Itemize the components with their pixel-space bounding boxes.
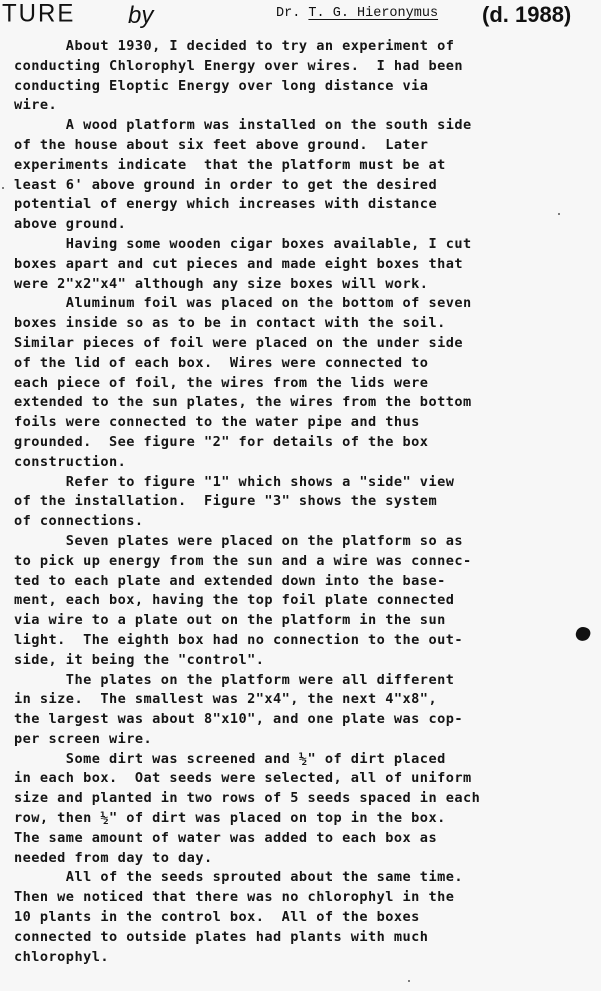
document-line: conducting Eloptic Energy over long dist… <box>14 77 594 97</box>
handwritten-death-note: (d. 1988) <box>482 2 571 28</box>
document-line: per screen wire. <box>14 730 594 750</box>
document-line: experiments indicate that the platform m… <box>14 156 594 176</box>
document-line: Aluminum foil was placed on the bottom o… <box>14 294 594 314</box>
document-line: light. The eighth box had no connection … <box>14 631 594 651</box>
document-line: needed from day to day. <box>14 849 594 869</box>
document-line: size and planted in two rows of 5 seeds … <box>14 789 594 809</box>
document-line: in each box. Oat seeds were selected, al… <box>14 769 594 789</box>
document-line: of the installation. Figure "3" shows th… <box>14 492 594 512</box>
document-line: chlorophyl. <box>14 948 594 968</box>
document-line: ment, each box, having the top foil plat… <box>14 591 594 611</box>
document-line: About 1930, I decided to try an experime… <box>14 37 594 57</box>
scan-speck <box>2 187 4 189</box>
document-line: 10 plants in the control box. All of the… <box>14 908 594 928</box>
handwritten-title-fragment: TURE <box>2 0 75 29</box>
document-line: each piece of foil, the wires from the l… <box>14 374 594 394</box>
document-line: ted to each plate and extended down into… <box>14 572 594 592</box>
document-line: were 2"x2"x4" although any size boxes wi… <box>14 275 594 295</box>
document-line: All of the seeds sprouted about the same… <box>14 868 594 888</box>
document-line: Having some wooden cigar boxes available… <box>14 235 594 255</box>
document-line: via wire to a plate out on the platform … <box>14 611 594 631</box>
document-line: wire. <box>14 96 594 116</box>
document-line: boxes inside so as to be in contact with… <box>14 314 594 334</box>
document-line: conducting Chlorophyl Energy over wires.… <box>14 57 594 77</box>
document-line: extended to the sun plates, the wires fr… <box>14 393 594 413</box>
document-line: Then we noticed that there was no chloro… <box>14 888 594 908</box>
document-body: About 1930, I decided to try an experime… <box>14 37 594 967</box>
document-line: connected to outside plates had plants w… <box>14 928 594 948</box>
document-line: to pick up energy from the sun and a wir… <box>14 552 594 572</box>
document-line: grounded. See figure "2" for details of … <box>14 433 594 453</box>
document-line: A wood platform was installed on the sou… <box>14 116 594 136</box>
document-line: potential of energy which increases with… <box>14 195 594 215</box>
scanned-document-page: TURE by Dr. T. G. Hieronymus (d. 1988) A… <box>0 0 601 991</box>
document-line: above ground. <box>14 215 594 235</box>
document-line: Some dirt was screened and ½" of dirt pl… <box>14 750 594 770</box>
author-name: T. G. Hieronymus <box>308 6 438 21</box>
document-line: foils were connected to the water pipe a… <box>14 413 594 433</box>
document-line: side, it being the "control". <box>14 651 594 671</box>
document-line: boxes apart and cut pieces and made eigh… <box>14 255 594 275</box>
document-header: TURE by Dr. T. G. Hieronymus (d. 1988) <box>0 0 601 40</box>
document-line: of the house about six feet above ground… <box>14 136 594 156</box>
document-line: in size. The smallest was 2"x4", the nex… <box>14 690 594 710</box>
document-line: The same amount of water was added to ea… <box>14 829 594 849</box>
handwritten-by: by <box>128 2 153 30</box>
document-line: Seven plates were placed on the platform… <box>14 532 594 552</box>
scan-speck <box>408 980 410 982</box>
document-line: the largest was about 8"x10", and one pl… <box>14 710 594 730</box>
author-line: Dr. T. G. Hieronymus <box>276 6 438 21</box>
document-line: least 6' above ground in order to get th… <box>14 176 594 196</box>
document-line: of the lid of each box. Wires were conne… <box>14 354 594 374</box>
document-line: construction. <box>14 453 594 473</box>
author-prefix: Dr. <box>276 6 300 21</box>
document-line: row, then ½" of dirt was placed on top i… <box>14 809 594 829</box>
document-line: Similar pieces of foil were placed on th… <box>14 334 594 354</box>
document-line: of connections. <box>14 512 594 532</box>
scan-speck <box>558 213 560 215</box>
document-line: Refer to figure "1" which shows a "side"… <box>14 473 594 493</box>
document-line: The plates on the platform were all diff… <box>14 671 594 691</box>
